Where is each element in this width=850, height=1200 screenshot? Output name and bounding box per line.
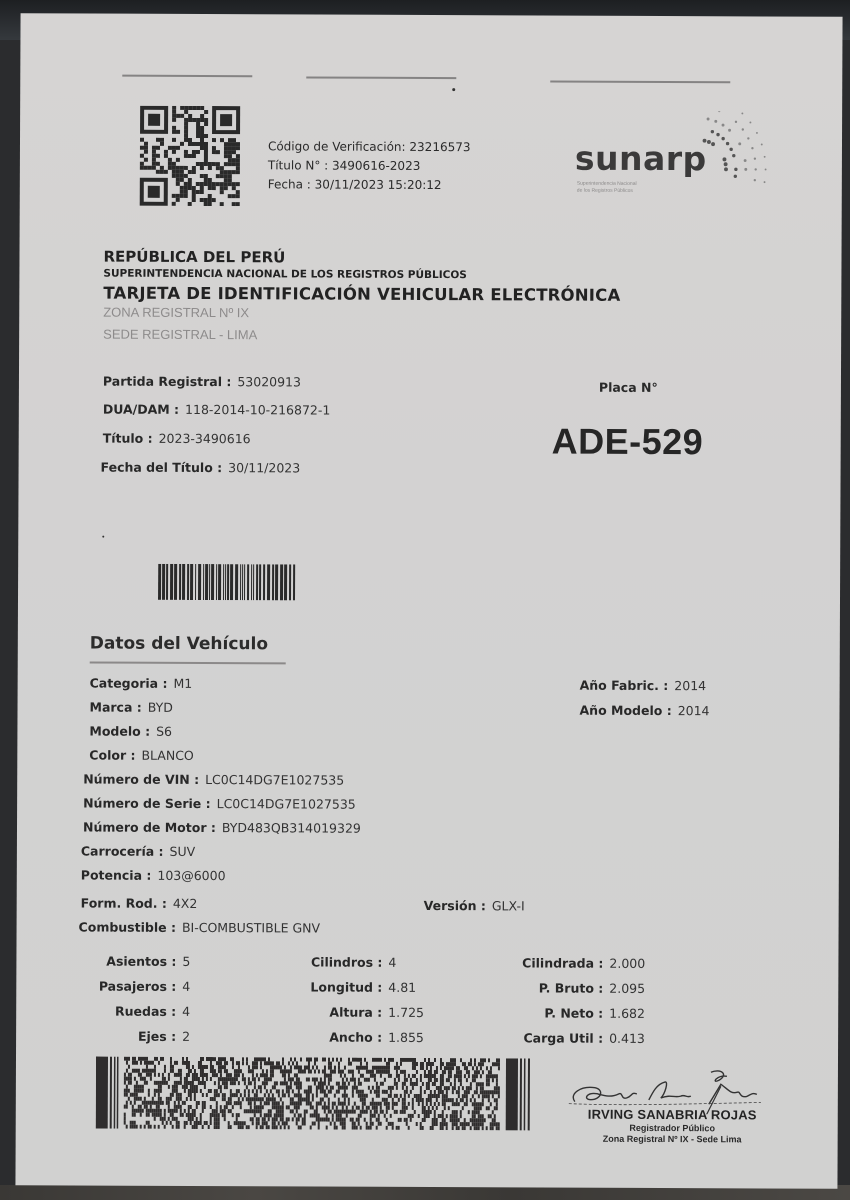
spec-field: P. Bruto : <box>443 980 603 996</box>
version: Versión :GLX-I <box>424 898 525 913</box>
spec-value: 1.725 <box>388 1005 424 1020</box>
fecha-titulo: Fecha del Título :30/11/2023 <box>101 460 301 476</box>
titulo: Título :2023-3490616 <box>103 431 251 447</box>
vehicle-field: Marca :BYD <box>90 700 173 715</box>
signature-block: IRVING SANABRIA ROJAS Registrador Públic… <box>561 1064 781 1165</box>
spec-value: 0.413 <box>609 1031 645 1046</box>
registry-zone: ZONA REGISTRAL Nº IX <box>103 305 249 321</box>
spec-value: 5 <box>182 954 190 969</box>
header-rule <box>306 76 456 79</box>
vehicle-field: Modelo :S6 <box>89 724 172 739</box>
issue-date: Fecha : 30/11/2023 15:20:12 <box>268 175 471 195</box>
spec-field: Ejes : <box>16 1028 176 1044</box>
print-speck <box>452 88 455 91</box>
spec-value: 2.000 <box>609 956 645 971</box>
registrar-name: IRVING SANABRIA ROJAS <box>580 1107 765 1123</box>
plate-number: ADE-529 <box>552 421 704 464</box>
spec-value: 2 <box>182 1029 190 1044</box>
pdf417-barcode <box>96 1057 536 1131</box>
sunarp-logo: sunarp Superintendencia Nacional de los … <box>575 111 775 207</box>
spec-field: P. Neto : <box>443 1005 603 1021</box>
vehicle-field: Potencia :103@6000 <box>81 867 226 883</box>
spec-value: 1.682 <box>609 1006 645 1021</box>
spec-field: Longitud : <box>222 979 382 995</box>
country-heading: REPÚBLICA DEL PERÚ <box>103 248 285 267</box>
section-title: Datos del Vehículo <box>90 634 268 655</box>
spec-field: Pasajeros : <box>16 978 176 994</box>
print-speck <box>102 536 104 538</box>
verification-code: Código de Verificación: 23216573 <box>268 137 471 157</box>
verification-block: Código de Verificación: 23216573 Título … <box>268 137 471 195</box>
section-underline <box>90 662 286 665</box>
sunarp-sunburst-icon <box>670 111 770 206</box>
vehicle-field: Número de Serie :LC0C14DG7E1027535 <box>83 795 356 811</box>
header-rule <box>550 81 730 84</box>
spec-value: 4 <box>388 955 396 970</box>
spec-value: 2.095 <box>609 981 645 996</box>
vehicle-field: Color :BLANCO <box>89 748 194 763</box>
vehicle-field: Número de Motor :BYD483QB314019329 <box>83 819 361 835</box>
vehicle-field: Categoria :M1 <box>90 676 193 691</box>
partida-registral: Partida Registral :53020913 <box>103 374 301 390</box>
registrar-role: Registrador Público <box>580 1123 765 1134</box>
logo-subtitle: Superintendencia Nacional <box>577 181 637 187</box>
spec-field: Asientos : <box>16 953 176 969</box>
spec-value: 4.81 <box>388 980 416 995</box>
barcode <box>158 564 298 601</box>
qr-code <box>137 106 243 206</box>
spec-field: Carga Util : <box>443 1030 603 1046</box>
spec-value: 4 <box>182 1004 190 1019</box>
vehicle-field: Carrocería :SUV <box>81 843 195 858</box>
title-number: Título N° : 3490616-2023 <box>268 156 471 176</box>
document-title: TARJETA DE IDENTIFICACIÓN VEHICULAR ELEC… <box>103 284 620 305</box>
spec-value: 1.855 <box>388 1030 424 1045</box>
header-rule <box>122 75 252 78</box>
anio-modelo: Año Modelo :2014 <box>579 703 709 719</box>
logo-subtitle: de los Registros Públicos <box>577 188 633 194</box>
registrar-zone: Zona Registral Nº IX - Sede Lima <box>570 1134 775 1145</box>
vehicle-field: Combustible :BI-COMBUSTIBLE GNV <box>79 919 321 935</box>
spec-field: Cilindrada : <box>443 955 603 971</box>
spec-field: Ruedas : <box>16 1003 176 1019</box>
plate-label: Placa N° <box>599 380 658 395</box>
anio-fabricacion: Año Fabric. :2014 <box>580 678 707 694</box>
spec-field: Ancho : <box>222 1029 382 1045</box>
spec-field: Altura : <box>222 1004 382 1020</box>
spec-field: Cilindros : <box>222 954 382 970</box>
vehicle-field: Número de VIN :LC0C14DG7E1027535 <box>83 771 344 787</box>
registry-office: SEDE REGISTRAL - LIMA <box>103 327 257 343</box>
vehicle-card-document: Código de Verificación: 23216573 Título … <box>15 13 842 1189</box>
dua-dam: DUA/DAM :118-2014-10-216872-1 <box>103 402 331 418</box>
spec-value: 4 <box>182 979 190 994</box>
institution-heading: SUPERINTENDENCIA NACIONAL DE LOS REGISTR… <box>103 268 466 282</box>
vehicle-field: Form. Rod. :4X2 <box>81 895 198 911</box>
